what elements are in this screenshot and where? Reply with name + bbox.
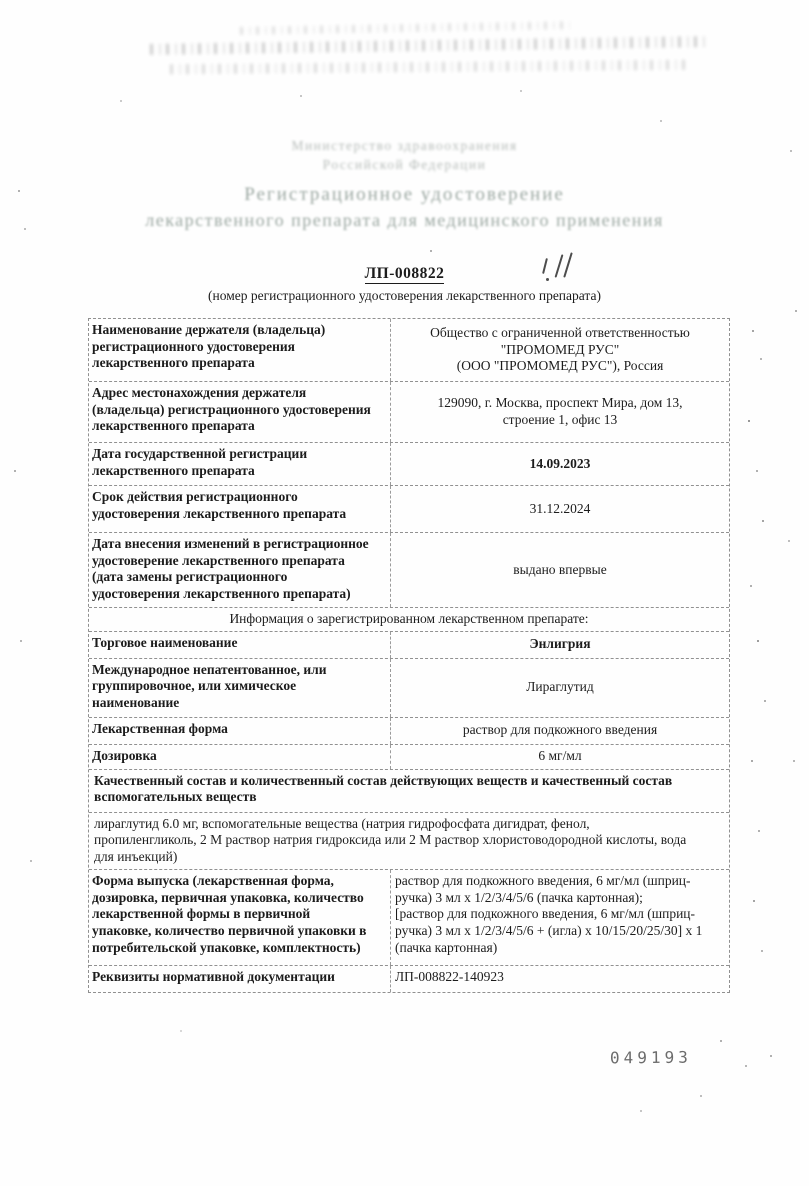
scan-smudge xyxy=(170,60,690,75)
table-row-amendment-date: Дата внесения изменений в регистрационно… xyxy=(89,533,729,608)
scanned-certificate-page: Министерство здравоохранения Российской … xyxy=(0,0,809,1186)
field-label: Лекарственная форма xyxy=(89,718,391,744)
composition-text: лираглутид 6.0 мг, вспомогательные вещес… xyxy=(89,813,729,869)
field-value: Общество с ограниченной ответственностью… xyxy=(391,319,729,381)
table-row-info-section-title: Информация о зарегистрированном лекарств… xyxy=(89,608,729,632)
table-row-composition-heading: Качественный состав и количественный сос… xyxy=(89,770,729,813)
field-label: Торговое наименование xyxy=(89,632,391,658)
table-row-holder-address: Адрес местонахождения держателя (владель… xyxy=(89,382,729,443)
info-section-title: Информация о зарегистрированном лекарств… xyxy=(89,608,729,631)
field-value: 14.09.2023 xyxy=(391,443,729,485)
table-row-composition-text: лираглутид 6.0 мг, вспомогательные вещес… xyxy=(89,813,729,870)
certificate-title-line1: Регистрационное удостоверение xyxy=(0,184,809,206)
field-value: ЛП-008822-140923 xyxy=(391,966,729,992)
table-row-inn-name: Международное непатентованное, или групп… xyxy=(89,659,729,718)
field-value: 31.12.2024 xyxy=(391,486,729,532)
certificate-title-line2: лекарственного препарата для медицинског… xyxy=(0,210,809,231)
table-row-normative-docs: Реквизиты нормативной документации ЛП-00… xyxy=(89,966,729,992)
table-row-registration-date: Дата государственной регистрации лекарст… xyxy=(89,443,729,486)
field-label: Дата государственной регистрации лекарст… xyxy=(89,443,391,485)
registration-number-caption: (номер регистрационного удостоверения ле… xyxy=(0,288,809,304)
field-value: Лираглутид xyxy=(391,659,729,717)
table-row-holder-name: Наименование держателя (владельца) регис… xyxy=(89,319,729,382)
field-label: Наименование держателя (владельца) регис… xyxy=(89,319,391,381)
table-row-dosage: Дозировка 6 мг/мл xyxy=(89,745,729,770)
ministry-name-line1: Министерство здравоохранения xyxy=(0,138,809,154)
field-value: 6 мг/мл xyxy=(391,745,729,769)
scan-smudge xyxy=(150,36,710,55)
field-value: раствор для подкожного введения xyxy=(391,718,729,744)
composition-heading: Качественный состав и количественный сос… xyxy=(89,770,729,812)
field-label: Международное непатентованное, или групп… xyxy=(89,659,391,717)
certificate-table: Наименование держателя (владельца) регис… xyxy=(88,318,730,993)
field-value: раствор для подкожного введения, 6 мг/мл… xyxy=(391,870,729,965)
table-row-trade-name: Торговое наименование Энлигрия xyxy=(89,632,729,659)
field-label: Дата внесения изменений в регистрационно… xyxy=(89,533,391,607)
table-row-release-form: Форма выпуска (лекарственная форма, дози… xyxy=(89,870,729,966)
field-value: Энлигрия xyxy=(391,632,729,658)
scan-noise xyxy=(0,0,2,2)
scan-smudge xyxy=(240,21,570,35)
field-value: 129090, г. Москва, проспект Мира, дом 13… xyxy=(391,382,729,442)
field-label: Адрес местонахождения держателя (владель… xyxy=(89,382,391,442)
field-value: выдано впервые xyxy=(391,533,729,607)
field-label: Форма выпуска (лекарственная форма, дози… xyxy=(89,870,391,965)
serial-number-stamp: 049193 xyxy=(610,1048,692,1068)
table-row-dosage-form: Лекарственная форма раствор для подкожно… xyxy=(89,718,729,745)
field-label: Срок действия регистрационного удостовер… xyxy=(89,486,391,532)
registration-number: ЛП-008822 xyxy=(0,265,809,283)
field-label: Дозировка xyxy=(89,745,391,769)
ministry-name-line2: Российской Федерации xyxy=(0,157,809,173)
field-label: Реквизиты нормативной документации xyxy=(89,966,391,992)
table-row-validity-period: Срок действия регистрационного удостовер… xyxy=(89,486,729,533)
